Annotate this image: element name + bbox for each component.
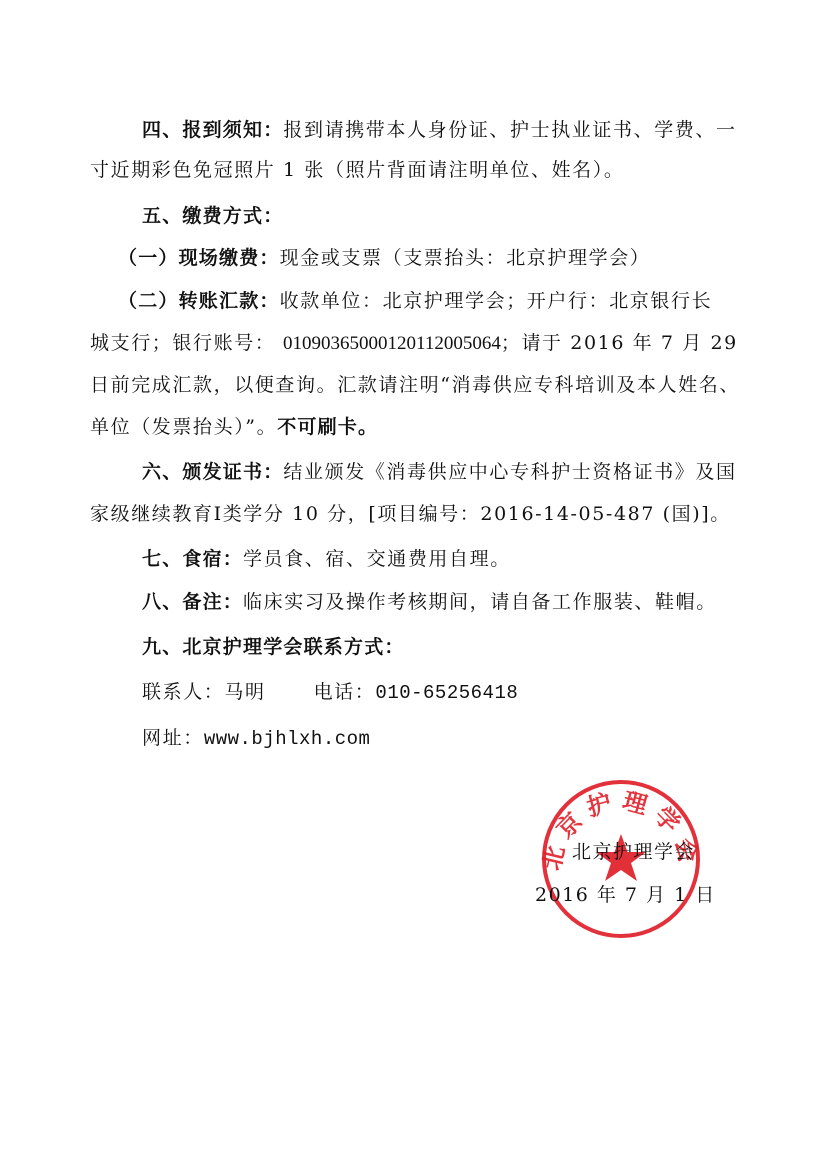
payment-transfer-text-3: 日前完成汇款，以便查询。汇款请注明“消毒供应专科培训及本人姓名、 <box>90 374 740 396</box>
contact-website-line: 网址：www.bjhlxh.com <box>142 726 822 751</box>
accommodation-line: 七、食宿：学员食、宿、交通费用自理。 <box>142 547 770 571</box>
contact-website-link[interactable]: www.bjhlxh.com <box>204 728 371 750</box>
contact-person-label: 联系人： <box>142 681 224 703</box>
payment-transfer-text-2-prefix: 城支行；银行账号： <box>90 332 275 354</box>
contact-website-label: 网址： <box>142 727 204 749</box>
certificate-text-2: 家级继续教育Ⅰ类学分 10 分，[项目编号：2016-14-05-487 (国)… <box>90 503 731 525</box>
payment-transfer-label: （二）转账汇款： <box>118 290 280 312</box>
registration-text-1: 报到请携带本人身份证、护士执业证书、学费、一 <box>283 119 736 141</box>
certificate-line-2: 家级继续教育Ⅰ类学分 10 分，[项目编号：2016-14-05-487 (国)… <box>90 502 770 526</box>
payment-onsite-text: 现金或支票（支票抬头：北京护理学会） <box>280 247 651 269</box>
contact-person-line: 联系人：马明电话：010-65256418 <box>142 680 822 705</box>
contact-person-name: 马明 <box>224 681 265 703</box>
payment-transfer-line-2: 城支行；银行账号： 01090365000120112005064；请于 201… <box>90 331 770 356</box>
certificate-heading: 六、颁发证书： <box>142 461 283 483</box>
payment-onsite-line: （一）现场缴费：现金或支票（支票抬头：北京护理学会） <box>118 246 770 270</box>
payment-transfer-text-1: 收款单位：北京护理学会；开户行：北京银行长 <box>280 290 713 312</box>
certificate-text-1: 结业颁发《消毒供应中心专科护士资格证书》及国 <box>283 461 736 483</box>
document-page: 四、报到须知：报到请携带本人身份证、护士执业证书、学费、一 寸近期彩色免冠照片 … <box>0 0 826 1169</box>
no-card-warning: 不可刷卡。 <box>277 416 378 438</box>
accommodation-text: 学员食、宿、交通费用自理。 <box>243 548 511 570</box>
contact-phone-label: 电话： <box>314 681 376 703</box>
payment-heading-line: 五、缴费方式： <box>142 204 770 228</box>
payment-transfer-line-1: （二）转账汇款：收款单位：北京护理学会；开户行：北京银行长 <box>118 289 770 313</box>
payment-heading: 五、缴费方式： <box>142 205 283 227</box>
notes-heading: 八、备注： <box>142 591 243 613</box>
registration-text-2: 寸近期彩色免冠照片 1 张（照片背面请注明单位、姓名）。 <box>90 159 624 181</box>
signature-organization: 北京护理学会 <box>572 840 695 864</box>
accommodation-heading: 七、食宿： <box>142 548 243 570</box>
registration-line-1: 四、报到须知：报到请携带本人身份证、护士执业证书、学费、一 <box>142 118 770 142</box>
bank-account-number: 01090365000120112005064 <box>283 333 501 354</box>
contact-heading-line: 九、北京护理学会联系方式： <box>142 635 770 659</box>
registration-line-2: 寸近期彩色免冠照片 1 张（照片背面请注明单位、姓名）。 <box>90 158 770 182</box>
payment-transfer-text-2-suffix: ；请于 2016 年 7 月 29 <box>501 332 738 354</box>
notes-line: 八、备注：临床实习及操作考核期间，请自备工作服装、鞋帽。 <box>142 590 770 614</box>
signature-date: 2016 年 7 月 1 日 <box>535 883 716 907</box>
payment-onsite-label: （一）现场缴费： <box>118 247 280 269</box>
contact-heading: 九、北京护理学会联系方式： <box>142 636 405 658</box>
certificate-line-1: 六、颁发证书：结业颁发《消毒供应中心专科护士资格证书》及国 <box>142 460 770 484</box>
notes-text: 临床实习及操作考核期间，请自备工作服装、鞋帽。 <box>243 591 717 613</box>
registration-heading: 四、报到须知： <box>142 119 283 141</box>
contact-phone: 010-65256418 <box>375 682 518 704</box>
payment-transfer-text-4: 单位（发票抬头）”。 <box>90 416 277 438</box>
payment-transfer-line-4: 单位（发票抬头）”。不可刷卡。 <box>90 415 770 439</box>
payment-transfer-line-3: 日前完成汇款，以便查询。汇款请注明“消毒供应专科培训及本人姓名、 <box>90 373 770 397</box>
